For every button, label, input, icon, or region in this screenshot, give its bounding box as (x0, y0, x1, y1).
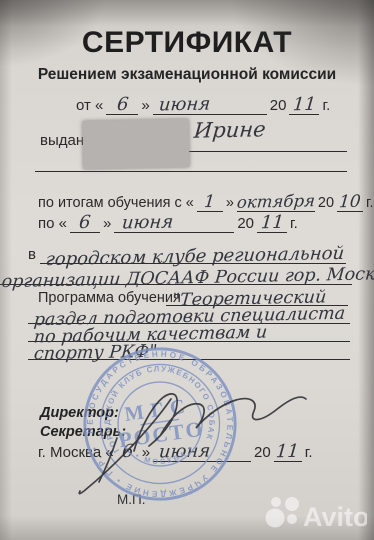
training-from-year: 10 (338, 194, 361, 211)
training-to-month: июня (122, 213, 175, 232)
issued-to-underline-2 (35, 171, 347, 172)
issue-day-value: 6 (116, 96, 129, 114)
avito-logo-icon (266, 497, 300, 528)
training-to-suffix: г. (290, 215, 298, 232)
training-to-year: 11 (260, 214, 284, 232)
certificate-title: СЕРТИФИКАТ (0, 26, 374, 60)
issue-year-prefix: 20 (270, 97, 287, 114)
training-from-month-blank: октября (237, 194, 315, 212)
venue-line-2: организации ДОСААФ России гор. Москвы (0, 261, 352, 285)
training-to-day: 6 (78, 214, 91, 232)
place-year-prefix: 20 (254, 444, 271, 461)
training-from-day: 1 (204, 194, 216, 211)
issued-to-name: Ирине (193, 119, 266, 141)
avito-brand-text: Avito (303, 502, 367, 531)
training-from-year-blank: 10 (337, 194, 363, 212)
training-from-row: по итогам обучения с « 1 » октября 20 10… (38, 194, 374, 212)
issue-date-prefix: от « (76, 97, 103, 114)
place-date-suffix: г. (305, 444, 313, 461)
training-from-day-blank: 1 (197, 194, 223, 212)
round-stamp: НЕГОСУДАРСТВЕННОЕ ОБРАЗОВАТЕЛЬНОЕ УЧРЕЖД… (70, 334, 251, 515)
training-to-year-blank: 11 (257, 214, 287, 233)
issue-month-value: июня (158, 95, 211, 114)
avito-watermark: Avito (263, 491, 367, 531)
training-to-row: по « 6 » июня 20 11 г. (38, 214, 298, 233)
issue-day-blank: 6 (106, 96, 138, 115)
training-to-month-blank: июня (114, 214, 234, 233)
training-from-label: по итогам обучения с « (38, 195, 194, 211)
training-from-quote: » (226, 195, 234, 211)
issue-month-blank: июня (153, 96, 267, 115)
issue-year-blank: 11 (289, 96, 319, 115)
issue-date-suffix: г. (322, 97, 330, 114)
issued-to-label: выдан (40, 132, 84, 149)
training-to-label: по « (38, 215, 67, 232)
training-to-year-prefix: 20 (237, 215, 254, 232)
place-year-blank: 11 (274, 443, 302, 462)
training-from-year-prefix: 20 (318, 195, 334, 211)
redacted-name-box (83, 119, 190, 169)
training-from-suffix: г. (366, 195, 374, 211)
place-year-value: 11 (276, 443, 300, 461)
training-to-day-blank: 6 (70, 214, 100, 233)
training-from-month: октября (236, 193, 315, 211)
certificate-subtitle: Решением экзаменационной комиссии (0, 66, 374, 84)
issue-date-quote: » (141, 97, 149, 114)
training-to-quote: » (103, 215, 111, 232)
issue-year-value: 11 (292, 96, 316, 114)
certificate-photo: СЕРТИФИКАТ Решением экзаменационной коми… (0, 0, 374, 540)
issue-date-row: от « 6 » июня 20 11 г. (76, 96, 330, 115)
